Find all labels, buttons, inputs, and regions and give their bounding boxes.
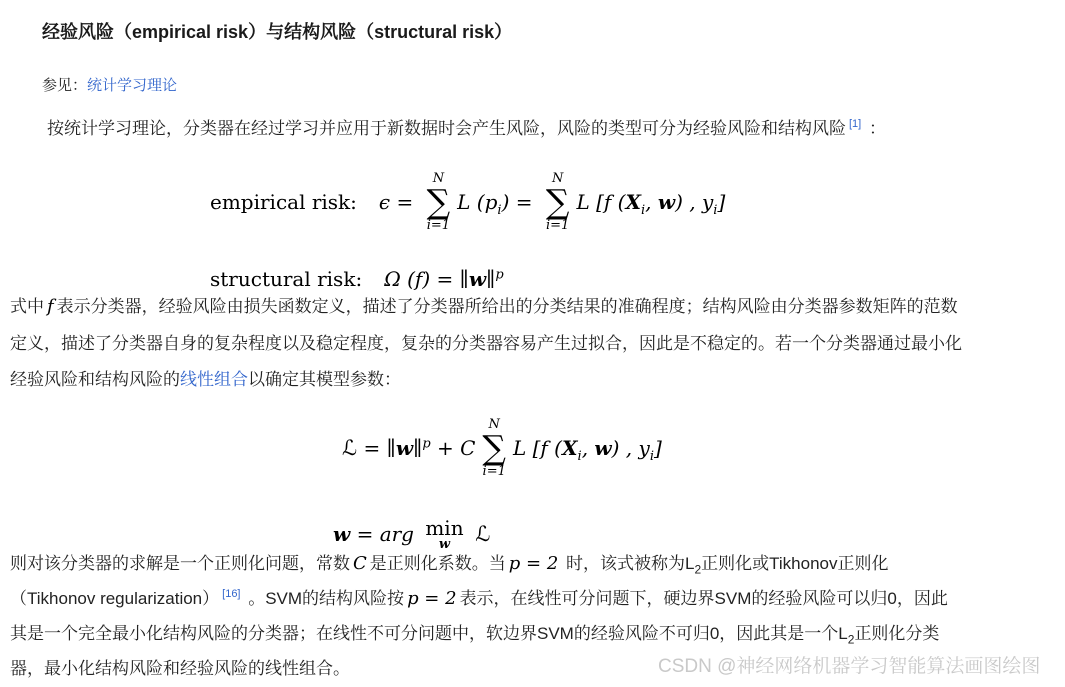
text-span: 正则化分类	[854, 624, 939, 643]
sigma-icon: ∑	[427, 186, 451, 218]
math-token: ,	[645, 190, 658, 214]
summation-symbol: N ∑ i=1	[482, 418, 506, 479]
inline-math: p = 2	[404, 588, 460, 609]
math-token: ]	[717, 190, 725, 214]
script-L-symbol: ℒ	[342, 436, 357, 460]
math-token: Ω (f) = ∥w∥p	[384, 267, 503, 291]
math-token: ℒ = ∥w∥p + C	[342, 436, 475, 460]
text-line: 经验风险和结构风险的线性组合以确定其模型参数：	[10, 362, 962, 399]
reference-link[interactable]: [16]	[219, 588, 243, 600]
sigma-icon: ∑	[482, 432, 506, 464]
text-span: 表示分类器，经验风险由损失函数定义，描述了分类器所给出的分类结果的准确程度；结构…	[57, 297, 958, 316]
sum-lower-limit: i=1	[427, 218, 450, 233]
math-token: L [f (Xi, w) , yi]	[513, 436, 662, 460]
math-token: ) =	[502, 190, 539, 214]
math-token: L [f (	[576, 190, 625, 214]
sigma-icon: ∑	[546, 186, 570, 218]
text-span: 。SVM的结构风险按	[244, 589, 405, 608]
formula-body: ϵ = N ∑ i=1 L (pi) = N ∑ i=1 L [f (Xi, w…	[379, 172, 725, 233]
formula-body: ℒ = ∥w∥p + C N ∑ i=1 L [f (Xi, w) , yi]	[342, 418, 662, 479]
math-token: w	[333, 522, 350, 546]
math-token: L (p	[457, 190, 497, 214]
math-token: ϵ =	[379, 190, 420, 214]
text-line: （Tikhonov regularization）[16] 。SVM的结构风险按…	[10, 581, 948, 616]
see-also-link[interactable]: 统计学习理论	[87, 77, 177, 94]
reference-link[interactable]: [1]	[846, 118, 864, 130]
summation-symbol: N ∑ i=1	[546, 172, 570, 233]
text-span: 定义，描述了分类器自身的复杂程度以及稳定程度，复杂的分类器容易产生过拟合，因此是…	[10, 334, 962, 353]
math-token: ) , y	[612, 436, 650, 460]
formula-body: w = arg min w ℒ	[333, 518, 490, 551]
summation-symbol: N ∑ i=1	[427, 172, 451, 233]
math-token: w	[469, 267, 486, 291]
inline-math: C	[350, 553, 370, 574]
math-token: + C	[431, 436, 476, 460]
math-token: ∥	[486, 267, 495, 291]
formula-argmin: w = arg min w ℒ	[333, 514, 490, 554]
text-span: （Tikhonov regularization）	[10, 589, 219, 608]
text-span: 则对该分类器的求解是一个正则化问题，常数	[10, 554, 350, 573]
sum-lower-limit: i=1	[483, 464, 506, 479]
formula-combined-loss: ℒ = ∥w∥p + C N ∑ i=1 L [f (Xi, w) , yi]	[342, 410, 662, 486]
inline-math: f	[44, 296, 57, 317]
math-superscript: p	[422, 436, 430, 451]
text-line: 按统计学习理论，分类器在经过学习并应用于新数据时会产生风险，风险的类型可分为经验…	[47, 116, 886, 142]
text-line: 其是一个完全最小化结构风险的分类器；在线性不可分问题中，软边界SVM的经验风险不…	[10, 616, 948, 651]
text-line: 定义，描述了分类器自身的复杂程度以及稳定程度，复杂的分类器容易产生过拟合，因此是…	[10, 326, 962, 363]
definition-paragraph: 式中f表示分类器，经验风险由损失函数定义，描述了分类器所给出的分类结果的准确程度…	[10, 289, 962, 399]
csdn-watermark: CSDN @神经网络机器学习智能算法画图绘图	[658, 651, 1040, 678]
inline-link[interactable]: 线性组合	[180, 370, 248, 389]
math-token: ,	[582, 436, 595, 460]
math-token: ]	[654, 436, 662, 460]
min-operator: min w	[425, 518, 463, 551]
page-title: 经验风险（empirical risk）与结构风险（structural ris…	[42, 18, 512, 44]
text-span: 其是一个完全最小化结构风险的分类器；在线性不可分问题中，软边界SVM的经验风险不…	[10, 624, 848, 643]
math-token: ℒ	[469, 522, 491, 546]
script-L-symbol: ℒ	[469, 522, 491, 546]
math-token: ) , y	[675, 190, 713, 214]
see-also-label: 参见：	[42, 77, 87, 94]
text-span: 是正则化系数。当	[370, 554, 506, 573]
formula-label: structural risk:	[210, 267, 362, 291]
text-span: 表示，在线性可分问题下，硬边界SVM的经验风险可以归0，因此	[460, 589, 948, 608]
text-span: 式中	[10, 297, 44, 316]
intro-paragraph: 按统计学习理论，分类器在经过学习并应用于新数据时会产生风险，风险的类型可分为经验…	[47, 116, 886, 142]
math-token: w	[658, 190, 675, 214]
text-span: 时，该式被称为L	[561, 554, 694, 573]
text-span: 经验风险和结构风险的	[10, 370, 180, 389]
math-token: ∥	[413, 436, 422, 460]
min-subscript: w	[439, 538, 450, 551]
text-span: 正则化或Tikhonov正则化	[701, 554, 888, 573]
math-token: = ∥	[357, 436, 396, 460]
math-token: Ω (f) = ∥	[384, 267, 469, 291]
text-span: ：	[864, 119, 886, 138]
math-token: X	[625, 190, 641, 214]
formula-body: Ω (f) = ∥w∥p	[384, 267, 503, 291]
math-token: L (pi) =	[457, 190, 539, 214]
text-span: 以确定其模型参数：	[248, 370, 401, 389]
math-token: X	[562, 436, 578, 460]
min-label: min	[425, 518, 463, 538]
math-token: w = arg	[333, 522, 420, 546]
math-token: w	[594, 436, 611, 460]
math-token: L [f (Xi, w) , yi]	[576, 190, 725, 214]
math-token: L [f (	[513, 436, 562, 460]
text-span: 器，最小化结构风险和经验风险的线性组合。	[10, 659, 350, 678]
inline-math: p = 2	[506, 553, 562, 574]
formula-label: empirical risk:	[210, 190, 357, 214]
math-superscript: p	[495, 267, 503, 282]
formula-structural-risk: structural risk: Ω (f) = ∥w∥p	[210, 262, 504, 296]
math-token: = arg	[350, 522, 420, 546]
math-token: w	[396, 436, 413, 460]
sum-lower-limit: i=1	[546, 218, 569, 233]
text-span: 按统计学习理论，分类器在经过学习并应用于新数据时会产生风险，风险的类型可分为经验…	[47, 119, 846, 138]
formula-empirical-risk: empirical risk: ϵ = N ∑ i=1 L (pi) = N ∑…	[210, 166, 725, 238]
see-also-hatnote: 参见：统计学习理论	[42, 74, 177, 95]
